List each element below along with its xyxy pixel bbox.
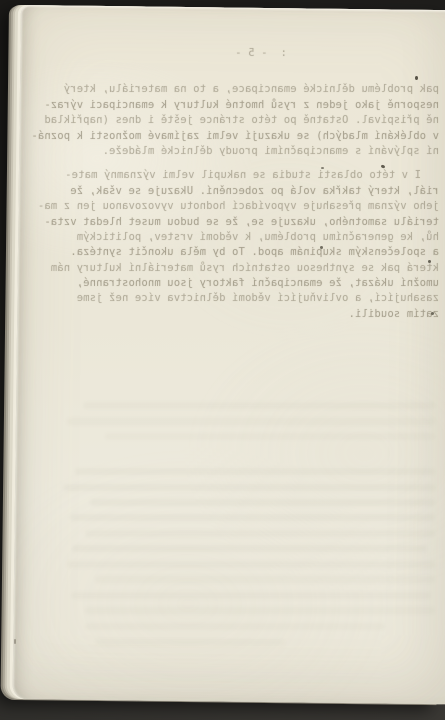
paper-shading	[13, 5, 445, 704]
scanner-background: : - 5 - pak problému dělnické emancipace…	[0, 0, 445, 720]
book-page	[13, 5, 445, 704]
paper-texture	[13, 5, 445, 704]
